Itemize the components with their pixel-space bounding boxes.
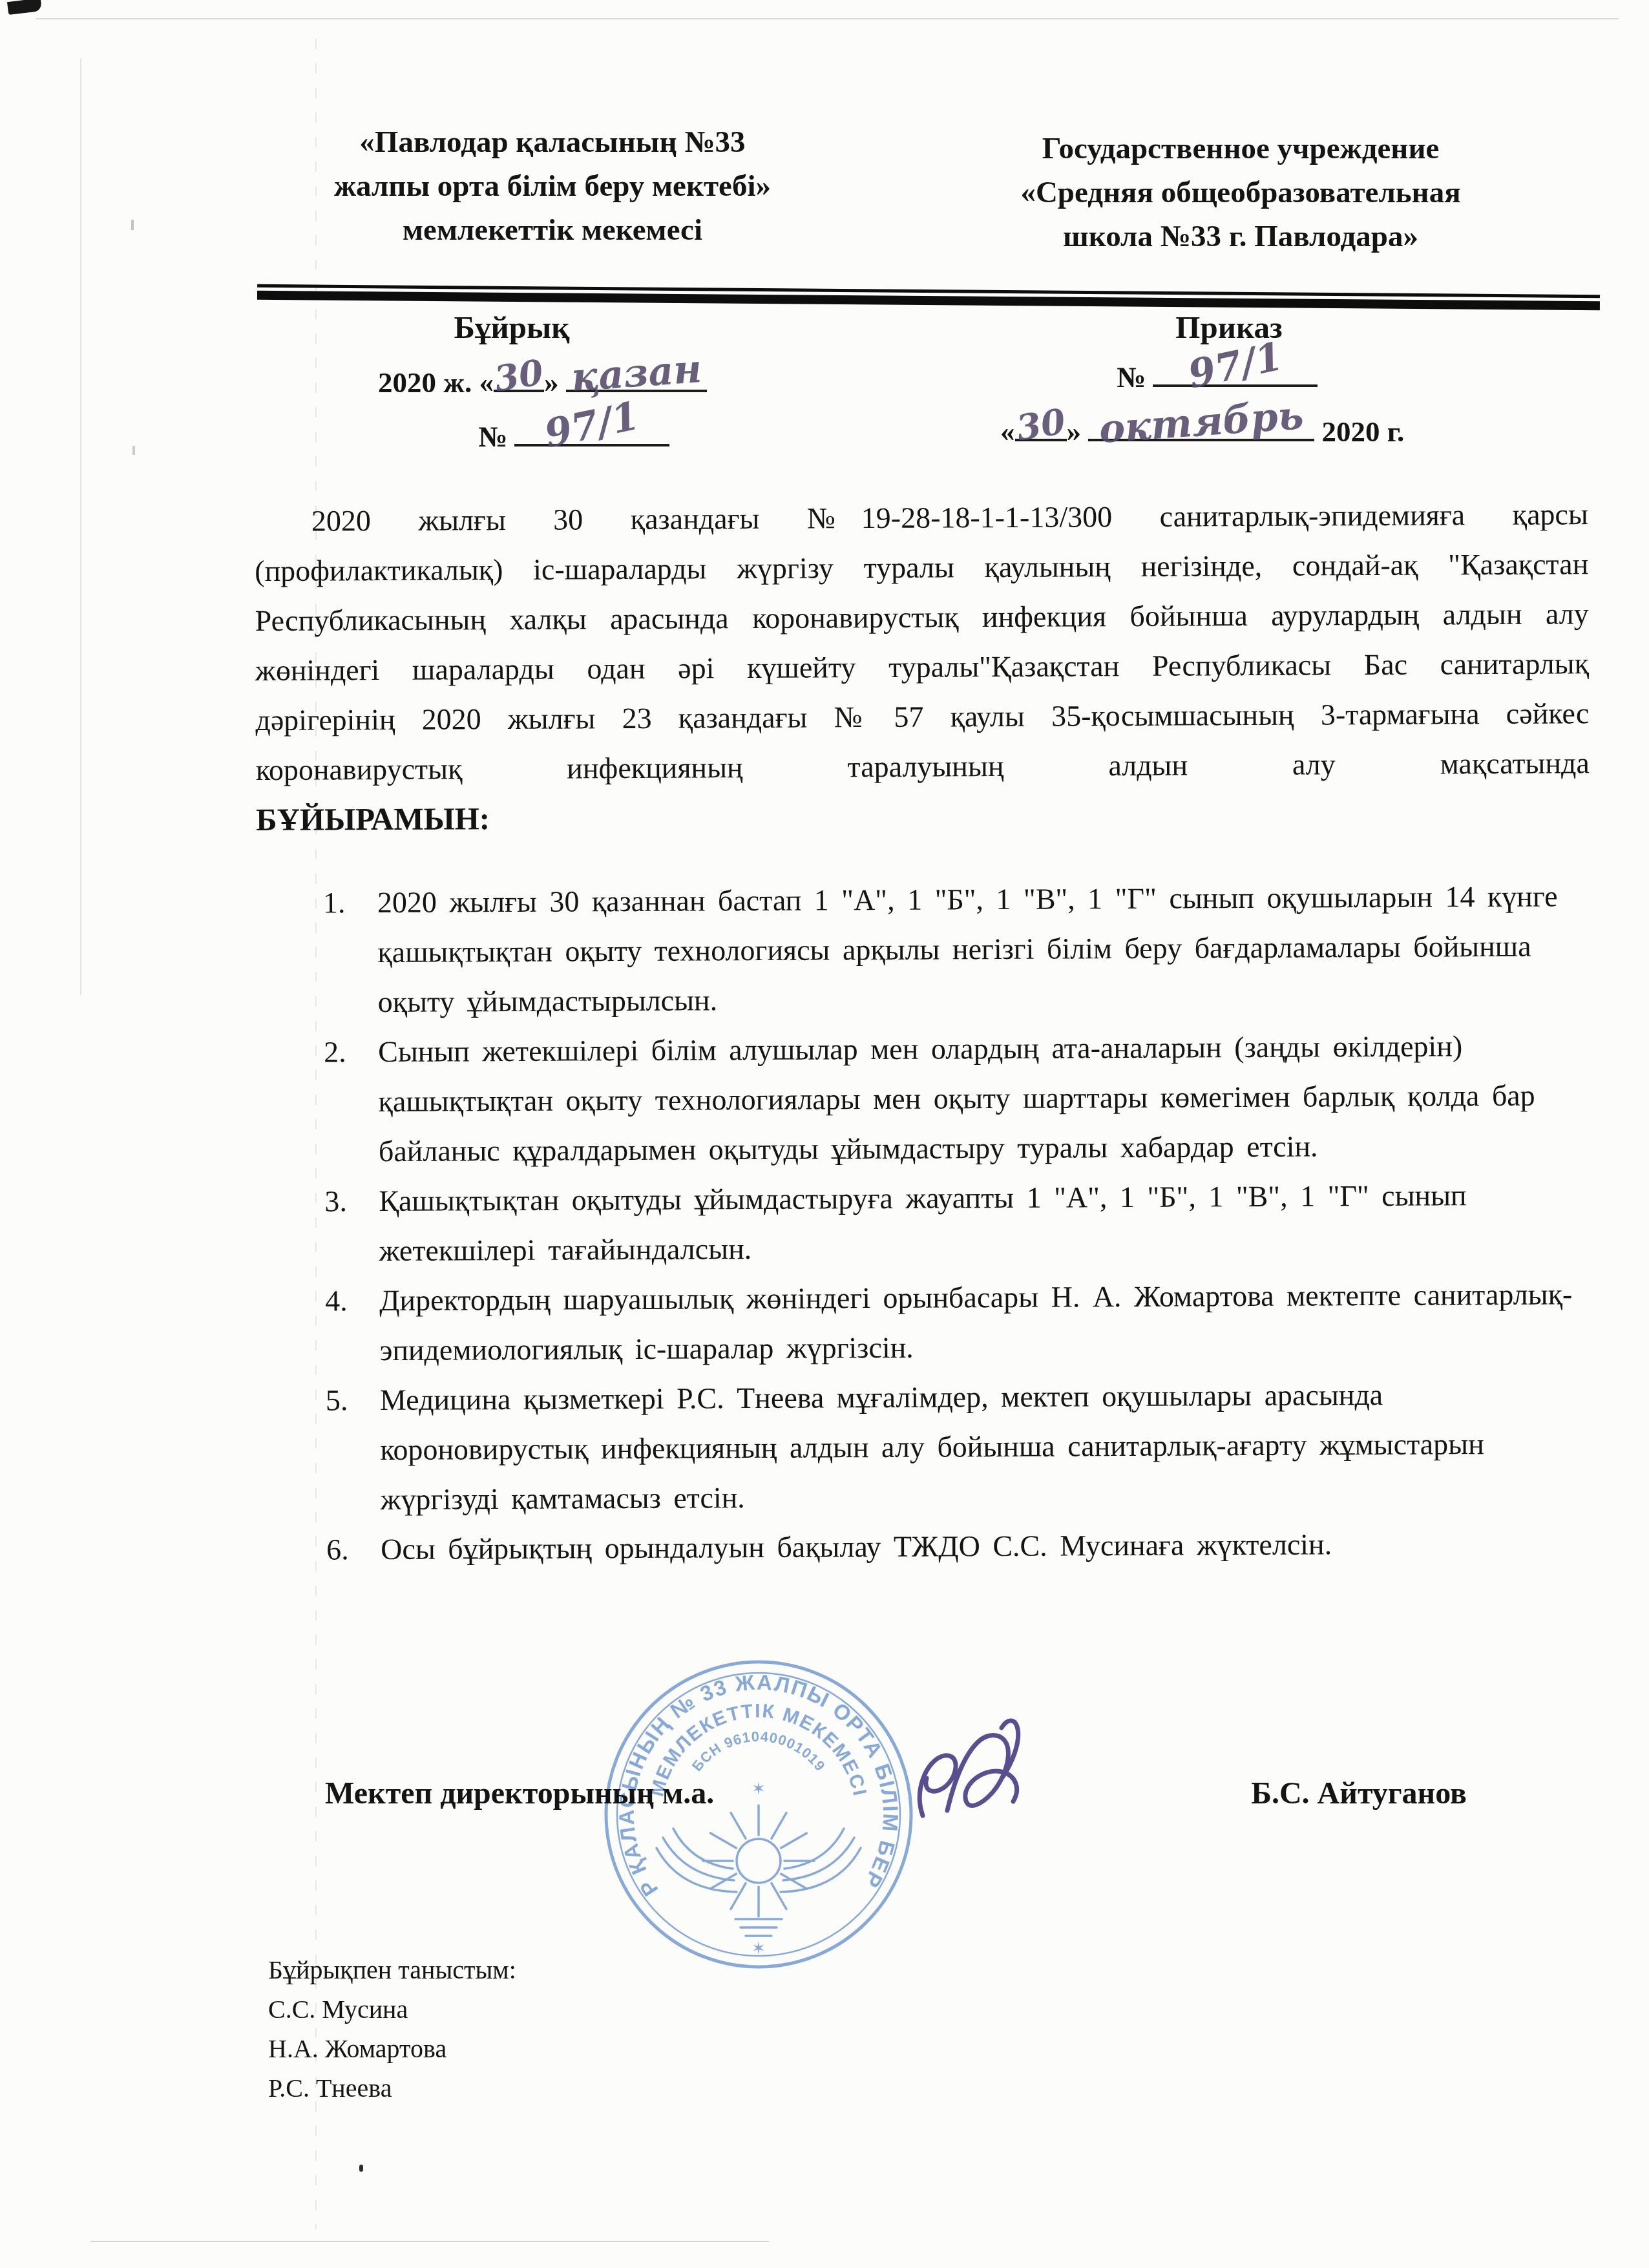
order-title-kazakh: Бұйрық [402, 309, 622, 346]
order-title-russian: Приказ [1119, 309, 1339, 346]
order-item: Сынып жетекшілері білім алушылар мен ола… [257, 1020, 1591, 1177]
number-label: № [478, 421, 507, 453]
date-prefix: 2020 ж. « [378, 366, 494, 399]
decree-word: БҰЙЫРАМЫН: [256, 788, 1590, 845]
acknowledgement-name: Н.А. Жомартова [268, 2029, 516, 2068]
organization-name-russian: Государственное учреждение «Средняя обще… [930, 127, 1551, 258]
director-signature-scribble [905, 1714, 1048, 1834]
order-item: 2020 жылғы 30 қазаннан бастап 1 "А", 1 "… [257, 871, 1591, 1027]
date-month-blank: октябрь [1088, 408, 1314, 441]
number-label: № [1117, 361, 1146, 394]
date-close-quote: » [544, 366, 559, 399]
order-date-block-russian: № 97/1 «30» октябрь 2020 г. [1000, 354, 1404, 446]
scan-artifact-speck [359, 2165, 363, 2172]
stamp-emblem [656, 1805, 861, 1936]
handwritten-day: 30 [492, 352, 546, 400]
order-item: Медицина қызметкері Р.С. Тнеева мұғалімд… [259, 1369, 1593, 1525]
order-item: Қашықтықтан оқытуды ұйымдастыруға жауапт… [258, 1170, 1592, 1276]
date-year: 2020 г. [1322, 415, 1405, 448]
handwritten-day: 30 [1013, 401, 1067, 449]
scan-artifact-fold-line [80, 58, 81, 995]
stamp-star-icon: ✶ [751, 1938, 766, 1958]
school-round-stamp: «ПАВЛОДАР ҚАЛАСЫНЫҢ № 33 ЖАЛПЫ ОРТА БІЛІ… [600, 1655, 918, 1973]
scan-artifact-speck [132, 446, 135, 455]
handwritten-number: 97/1 [541, 394, 644, 457]
scan-artifact-top-line [36, 18, 1619, 19]
acknowledgement-name: Р.С. Тнеева [268, 2068, 516, 2108]
scan-artifact-speck [131, 220, 134, 230]
scanned-order-document: «Павлодар қаласының №33 жалпы орта білім… [0, 0, 1649, 2268]
order-number-row: № 97/1 [1000, 354, 1404, 392]
stamp-star-icon: ✶ [751, 1779, 766, 1798]
order-number-row: № 97/1 [378, 414, 707, 451]
order-item: Осы бұйрықтың орындалуын бақылау ТЖДО С.… [260, 1518, 1593, 1575]
acknowledgement-label: Бұйрықпен таныстым: [268, 1950, 516, 1990]
order-item: Директордың шаруашылық жөніндегі орынбас… [258, 1269, 1593, 1376]
acknowledgement-block: Бұйрықпен таныстым: С.С. Мусина Н.А. Жом… [268, 1950, 516, 2108]
order-items-list: 2020 жылғы 30 қазаннан бастап 1 "А", 1 "… [257, 871, 1594, 1575]
organization-name-kazakh: «Павлодар қаласының №33 жалпы орта білім… [278, 120, 827, 252]
header-divider-rule [257, 284, 1600, 310]
acknowledgement-name: С.С. Мусина [268, 1990, 516, 2029]
preamble-paragraph: 2020 жылғы 30 қазандағы №19-28-18-1-1-13… [255, 489, 1590, 795]
date-open-quote: « [1000, 415, 1015, 448]
order-date-row: 2020 ж. «30» қазан [378, 359, 707, 397]
date-day-blank: 30 [494, 359, 544, 392]
date-day-blank: 30 [1015, 408, 1067, 441]
date-close-quote: » [1067, 415, 1082, 448]
number-blank: 97/1 [514, 414, 669, 446]
order-date-row: «30» октябрь 2020 г. [1000, 408, 1404, 446]
handwritten-month: қазан [569, 346, 702, 401]
scan-artifact-corner-mark [7, 0, 42, 15]
handwritten-month: октябрь [1098, 393, 1305, 452]
date-month-blank: қазан [566, 359, 707, 392]
signer-name: Б.С. Айтуганов [1251, 1776, 1591, 1811]
order-body: 2020 жылғы 30 қазандағы №19-28-18-1-1-13… [255, 489, 1594, 1575]
scan-artifact-bottom-line [90, 2241, 769, 2242]
number-blank: 97/1 [1153, 354, 1318, 387]
order-date-block-kazakh: 2020 ж. «30» қазан № 97/1 [378, 359, 707, 451]
